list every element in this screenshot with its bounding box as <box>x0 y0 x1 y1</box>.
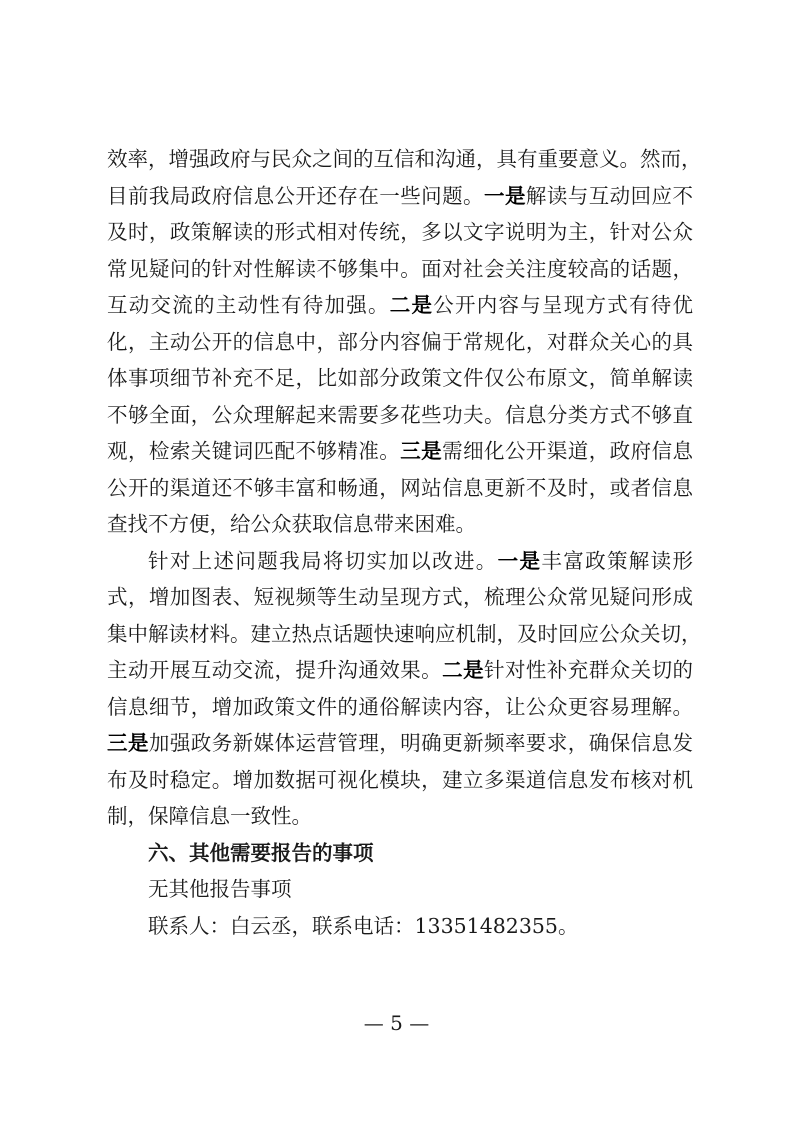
document-page: 效率，增强政府与民众之间的互信和沟通，具有重要意义。然而，目前我局政府信息公开还… <box>107 141 693 944</box>
text-segment: 针对性补充群众关切的 <box>484 658 693 682</box>
text-line: 观，检索关键词匹配不够精准。三是需细化公开渠道，政府信息 <box>107 433 693 470</box>
text-segment: 互动交流的主动性有待加强。 <box>107 293 390 317</box>
text-segment: 公开内容与呈现方式有待优 <box>433 293 693 317</box>
bold-enumerator: 二是 <box>442 658 484 682</box>
text-segment: 公开的渠道还不够丰富和畅通，网站信息更新不及时，或者信息 <box>107 476 693 500</box>
text-line: 互动交流的主动性有待加强。二是公开内容与呈现方式有待优 <box>107 287 693 324</box>
text-line: 常见疑问的针对性解读不够集中。面对社会关注度较高的话题， <box>107 251 693 288</box>
text-line: 效率，增强政府与民众之间的互信和沟通，具有重要意义。然而， <box>107 141 693 178</box>
text-line: 化，主动公开的信息中，部分内容偏于常规化，对群众关心的具 <box>107 324 693 361</box>
contact-line: 联系人：白云丞，联系电话：13351482355。 <box>107 908 693 945</box>
text-segment: 体事项细节补充不足，比如部分政策文件仅公布原文，简单解读 <box>107 366 693 390</box>
bold-enumerator: 二是 <box>390 293 434 317</box>
text-segment: 制，保障信息一致性。 <box>107 804 312 828</box>
text-segment: 不够全面，公众理解起来需要多花些功夫。信息分类方式不够直 <box>107 403 693 427</box>
text-line: 信息细节，增加政策文件的通俗解读内容，让公众更容易理解。 <box>107 689 693 726</box>
text-line: 布及时稳定。增加数据可视化模块，建立多渠道信息发布核对机 <box>107 762 693 799</box>
bold-enumerator: 三是 <box>107 731 149 755</box>
text-segment: 式，增加图表、短视频等生动呈现方式，梳理公众常见疑问形成 <box>107 585 693 609</box>
paragraph-improvements: 针对上述问题我局将切实加以改进。一是丰富政策解读形式，增加图表、短视频等生动呈现… <box>107 543 693 835</box>
text-segment: 丰富政策解读形 <box>541 549 693 573</box>
text-segment: 需细化公开渠道，政府信息 <box>442 439 693 463</box>
text-segment: 常见疑问的针对性解读不够集中。面对社会关注度较高的话题， <box>107 257 693 281</box>
text-line: 集中解读材料。建立热点话题快速响应机制，及时回应公众关切， <box>107 616 693 653</box>
text-segment: 查找不方便，给公众获取信息带来困难。 <box>107 512 476 536</box>
text-segment: 解读与互动回应不 <box>526 184 693 208</box>
text-line: 针对上述问题我局将切实加以改进。一是丰富政策解读形 <box>107 543 693 580</box>
text-segment: 目前我局政府信息公开还存在一些问题。 <box>107 184 484 208</box>
text-line: 公开的渠道还不够丰富和畅通，网站信息更新不及时，或者信息 <box>107 470 693 507</box>
text-segment: 化，主动公开的信息中，部分内容偏于常规化，对群众关心的具 <box>107 330 693 354</box>
text-line: 及时，政策解读的形式相对传统，多以文字说明为主，针对公众 <box>107 214 693 251</box>
text-line: 不够全面，公众理解起来需要多花些功夫。信息分类方式不够直 <box>107 397 693 434</box>
text-segment: 集中解读材料。建立热点话题快速响应机制，及时回应公众关切， <box>107 622 702 646</box>
text-segment: 加强政务新媒体运营管理，明确更新频率要求，确保信息发 <box>149 731 693 755</box>
text-segment: 效率，增强政府与民众之间的互信和沟通，具有重要意义。然而， <box>107 147 702 171</box>
text-line: 目前我局政府信息公开还存在一些问题。一是解读与互动回应不 <box>107 178 693 215</box>
text-line: 制，保障信息一致性。 <box>107 798 693 835</box>
text-line: 式，增加图表、短视频等生动呈现方式，梳理公众常见疑问形成 <box>107 579 693 616</box>
text-segment: 布及时稳定。增加数据可视化模块，建立多渠道信息发布核对机 <box>107 768 693 792</box>
paragraph-problems: 效率，增强政府与民众之间的互信和沟通，具有重要意义。然而，目前我局政府信息公开还… <box>107 141 693 543</box>
text-segment: 针对上述问题我局将切实加以改进。 <box>148 549 498 573</box>
text-line: 主动开展互动交流，提升沟通效果。二是针对性补充群众关切的 <box>107 652 693 689</box>
text-segment: 信息细节，增加政策文件的通俗解读内容，让公众更容易理解。 <box>107 695 693 719</box>
text-segment: 观，检索关键词匹配不够精准。 <box>107 439 400 463</box>
text-line: 查找不方便，给公众获取信息带来困难。 <box>107 506 693 543</box>
page-number: — 5 — <box>0 1011 793 1035</box>
text-line: 三是加强政务新媒体运营管理，明确更新频率要求，确保信息发 <box>107 725 693 762</box>
text-segment: 及时，政策解读的形式相对传统，多以文字说明为主，针对公众 <box>107 220 693 244</box>
no-other-matters-text: 无其他报告事项 <box>107 871 693 908</box>
text-segment: 主动开展互动交流，提升沟通效果。 <box>107 658 442 682</box>
bold-enumerator: 一是 <box>484 184 526 208</box>
bold-enumerator: 三是 <box>400 439 442 463</box>
text-line: 体事项细节补充不足，比如部分政策文件仅公布原文，简单解读 <box>107 360 693 397</box>
section-heading: 六、其他需要报告的事项 <box>107 835 693 872</box>
bold-enumerator: 一是 <box>498 549 542 573</box>
